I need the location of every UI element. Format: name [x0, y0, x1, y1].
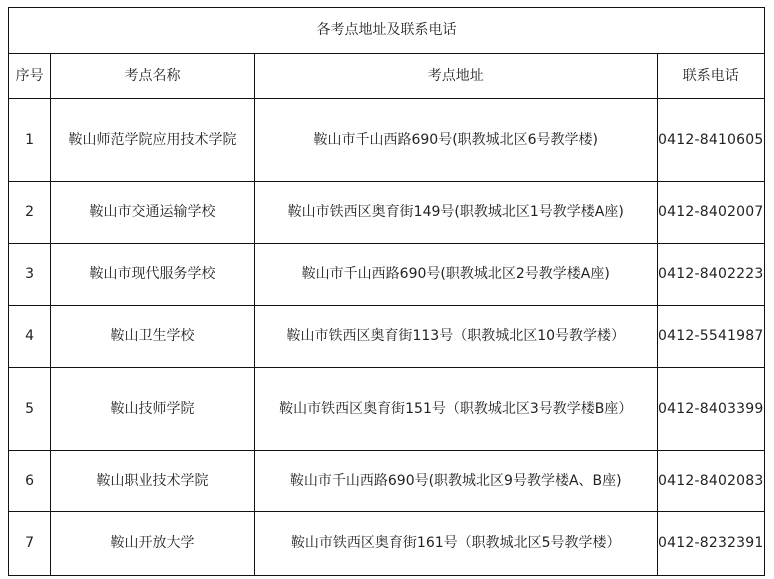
row-index: 1 — [9, 99, 51, 182]
header-phone: 联系电话 — [657, 54, 764, 99]
site-address: 鞍山市铁西区奥育街113号（职教城北区10号教学楼） — [254, 306, 657, 368]
row-index: 6 — [9, 451, 51, 512]
site-name: 鞍山市现代服务学校 — [51, 244, 255, 306]
site-name: 鞍山师范学院应用技术学院 — [51, 99, 255, 182]
header-address: 考点地址 — [254, 54, 657, 99]
table-row: 4 鞍山卫生学校 鞍山市铁西区奥育街113号（职教城北区10号教学楼） 0412… — [9, 306, 765, 368]
row-index: 3 — [9, 244, 51, 306]
table-row: 6 鞍山职业技术学院 鞍山市千山西路690号(职教城北区9号教学楼A、B座) 0… — [9, 451, 765, 512]
site-address: 鞍山市铁西区奥育街149号(职教城北区1号教学楼A座) — [254, 182, 657, 244]
site-address: 鞍山市千山西路690号(职教城北区2号教学楼A座) — [254, 244, 657, 306]
table-title: 各考点地址及联系电话 — [9, 8, 765, 54]
site-phone: 0412-8402223 — [657, 244, 764, 306]
table-row: 5 鞍山技师学院 鞍山市铁西区奥育街151号（职教城北区3号教学楼B座） 041… — [9, 368, 765, 451]
table-row: 7 鞍山开放大学 鞍山市铁西区奥育街161号（职教城北区5号教学楼） 0412-… — [9, 512, 765, 576]
row-index: 4 — [9, 306, 51, 368]
site-phone: 0412-8232391 — [657, 512, 764, 576]
site-address: 鞍山市千山西路690号(职教城北区6号教学楼) — [254, 99, 657, 182]
site-phone: 0412-8402083 — [657, 451, 764, 512]
site-address: 鞍山市千山西路690号(职教城北区9号教学楼A、B座) — [254, 451, 657, 512]
table-title-row: 各考点地址及联系电话 — [9, 8, 765, 54]
site-address: 鞍山市铁西区奥育街161号（职教城北区5号教学楼） — [254, 512, 657, 576]
row-index: 5 — [9, 368, 51, 451]
site-name: 鞍山市交通运输学校 — [51, 182, 255, 244]
table-row: 3 鞍山市现代服务学校 鞍山市千山西路690号(职教城北区2号教学楼A座) 04… — [9, 244, 765, 306]
site-name: 鞍山开放大学 — [51, 512, 255, 576]
exam-sites-table: 各考点地址及联系电话 序号 考点名称 考点地址 联系电话 1 鞍山师范学院应用技… — [8, 7, 765, 576]
site-name: 鞍山职业技术学院 — [51, 451, 255, 512]
row-index: 7 — [9, 512, 51, 576]
site-phone: 0412-8410605 — [657, 99, 764, 182]
site-name: 鞍山卫生学校 — [51, 306, 255, 368]
header-index: 序号 — [9, 54, 51, 99]
table-header-row: 序号 考点名称 考点地址 联系电话 — [9, 54, 765, 99]
site-phone: 0412-8403399 — [657, 368, 764, 451]
row-index: 2 — [9, 182, 51, 244]
site-phone: 0412-8402007 — [657, 182, 764, 244]
header-name: 考点名称 — [51, 54, 255, 99]
site-address: 鞍山市铁西区奥育街151号（职教城北区3号教学楼B座） — [254, 368, 657, 451]
site-name: 鞍山技师学院 — [51, 368, 255, 451]
table-row: 1 鞍山师范学院应用技术学院 鞍山市千山西路690号(职教城北区6号教学楼) 0… — [9, 99, 765, 182]
table-row: 2 鞍山市交通运输学校 鞍山市铁西区奥育街149号(职教城北区1号教学楼A座) … — [9, 182, 765, 244]
site-phone: 0412-5541987 — [657, 306, 764, 368]
